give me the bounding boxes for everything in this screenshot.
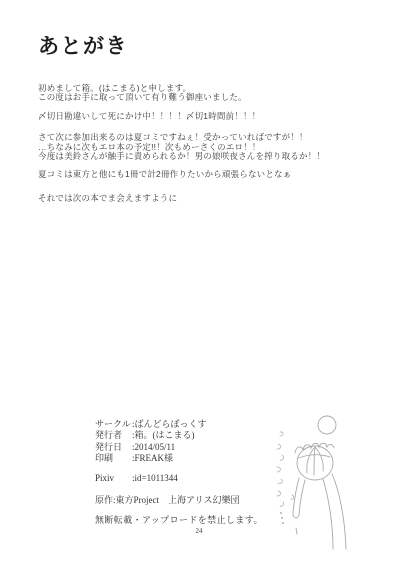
body-line: 今度は美鈴さんが触手に責められるか！男の娘咲夜さんを搾り取るか！！ — [38, 152, 368, 161]
body-line: それでは次の本でま会えますように — [38, 194, 368, 203]
sketch-left-arm — [293, 478, 305, 534]
colophon: サークル :ばんどらぼっくす 発行者 :箱。(はこまる) 発行日 :2014/0… — [95, 419, 207, 484]
colophon-label: Pixiv — [95, 473, 132, 484]
sketch-bun — [318, 416, 336, 434]
colophon-row-circle: サークル :ばんどらぼっくす — [95, 419, 207, 430]
colophon-label: サークル — [95, 419, 132, 430]
paragraph-deadline: 〆切日勘違いして死にかけ中！！！！〆切1時間前！！！ — [38, 112, 368, 121]
colophon-value: :2014/05/11 — [132, 442, 175, 453]
colophon-value: :FREAK様 — [132, 453, 173, 464]
afterword-page: あとがき 初めまして箱。(はこまる)と申します。 この度はお手に取って頂いて有り… — [0, 0, 400, 569]
handwritten-note-scribble — [277, 432, 294, 524]
paragraph-greeting: 初めまして箱。(はこまる)と申します。 この度はお手に取って頂いて有り難う御座い… — [38, 84, 368, 103]
colophon-value: :id=1011344 — [132, 473, 178, 484]
afterword-body: 初めまして箱。(はこまる)と申します。 この度はお手に取って頂いて有り難う御座い… — [38, 84, 368, 203]
colophon-value: :ばんどらぼっくす — [132, 419, 207, 430]
colophon-label: 発行日 — [95, 442, 132, 453]
original-work-line: 原作:東方Project 上海アリス幻樂団 — [95, 493, 239, 506]
paragraph-summer-comiket: 夏コミは東方と他にも1冊で計2冊作りたいから頑張らないとなぁ — [38, 170, 368, 179]
body-line: この度はお手に取って頂いて有り難う御座いました。 — [38, 93, 368, 102]
paragraph-farewell: それでは次の本でま会えますように — [38, 194, 368, 203]
body-line: 夏コミは東方と他にも1冊で計2冊作りたいから頑張らないとなぁ — [38, 170, 368, 179]
paragraph-next-event: さて次に参加出来るのは夏コミですねぇ！受かっていればですが！！ …ちなみに次もエ… — [38, 133, 368, 161]
colophon-row-printer: 印刷 :FREAK様 — [95, 453, 207, 464]
colophon-value: :箱。(はこまる) — [132, 430, 195, 441]
colophon-label: 発行者 — [95, 430, 132, 441]
sketch-legs — [323, 474, 346, 549]
no-reupload-notice: 無断転載・アップロードを禁止します。 — [95, 513, 263, 526]
colophon-row-publisher: 発行者 :箱。(はこまる) — [95, 430, 207, 441]
colophon-row-date: 発行日 :2014/05/11 — [95, 442, 207, 453]
page-title: あとがき — [38, 30, 128, 60]
body-line: 〆切日勘違いして死にかけ中！！！！〆切1時間前！！！ — [38, 112, 368, 121]
character-doodle-sketch — [268, 392, 400, 569]
colophon-label: 印刷 — [95, 453, 132, 464]
colophon-row-pixiv: Pixiv :id=1011344 — [95, 473, 207, 484]
